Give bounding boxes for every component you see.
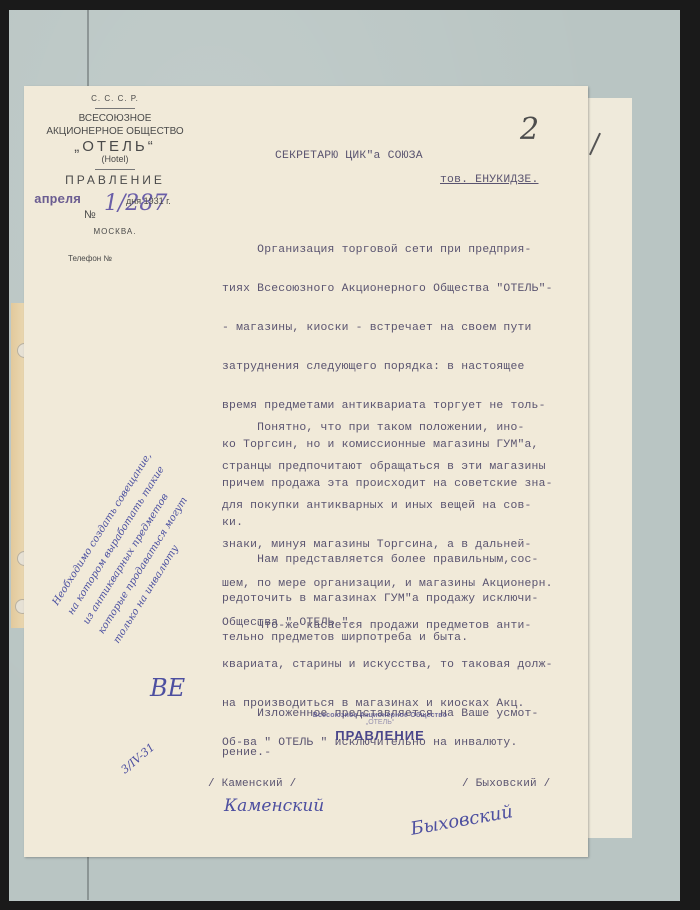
marginal-initials: ВЕ [150,674,185,702]
letterhead-date-block: апреля 1/287 дня 1931 г. № [40,191,190,225]
text-line: - магазины, киоски - встречает на своем … [222,320,553,337]
addressee-line2: тов. ЕНУКИДЗЕ. [440,172,539,189]
date-day-label: дня 1931 г. [126,195,171,208]
date-month: апреля [34,193,81,206]
text-line: странцы предпочитают обращаться в эти ма… [222,459,553,476]
signatory-left-name: / Каменский / [208,776,296,793]
divider [95,108,135,109]
text-line: для покупки антикварных и иных вещей на … [222,498,553,515]
addressee-line1: СЕКРЕТАРЮ ЦИК"а СОЮЗА [275,148,423,165]
letterhead-board: ПРАВЛЕНИЕ [40,174,190,187]
stamp-org: Всесоюзное Акционерное Общество [310,712,450,719]
stamp-board: ПРАВЛЕНИЕ [310,728,450,743]
number-label: № [84,209,96,222]
text-line: затруднения следующего порядка: в настоя… [222,359,553,376]
divider [95,169,135,170]
letterhead: С. С. С. Р. ВСЕСОЮЗНОЕ АКЦИОНЕРНОЕ ОБЩЕС… [40,90,190,265]
text-line: тиях Всесоюзного Акционерного Общества "… [222,281,553,298]
text-line: Нам представляется более правильным,сос- [222,552,539,569]
letterhead-org-name-en: (Hotel) [40,153,190,166]
letterhead-phone: Телефон № [40,252,190,265]
page-number: 2 [520,112,539,147]
text-line: Организация торговой сети при предприя- [222,242,553,259]
letterhead-org-line2: АКЦИОНЕРНОЕ ОБЩЕСТВО [40,125,190,138]
letterhead-org-line1: ВСЕСОЮЗНОЕ [40,112,190,125]
text-line: Что-же касается продажи предметов анти- [222,618,553,635]
signatory-right-name: / Быховский / [462,776,550,793]
text-line: квариата, старины и искусства, то такова… [222,657,553,674]
text-line: рение.- [222,745,539,762]
letterhead-org-name: „ОТЕЛЬ“ [40,140,190,153]
text-line: Понятно, что при таком положении, ино- [222,420,553,437]
stamp-name: „ОТЕЛЬ“ [310,719,450,726]
letterhead-city: МОСКВА. [40,225,190,238]
board-stamp: Всесоюзное Акционерное Общество „ОТЕЛЬ“ … [310,712,450,743]
letterhead-country: С. С. С. Р. [40,92,190,105]
signature-left: Каменский [224,796,324,816]
